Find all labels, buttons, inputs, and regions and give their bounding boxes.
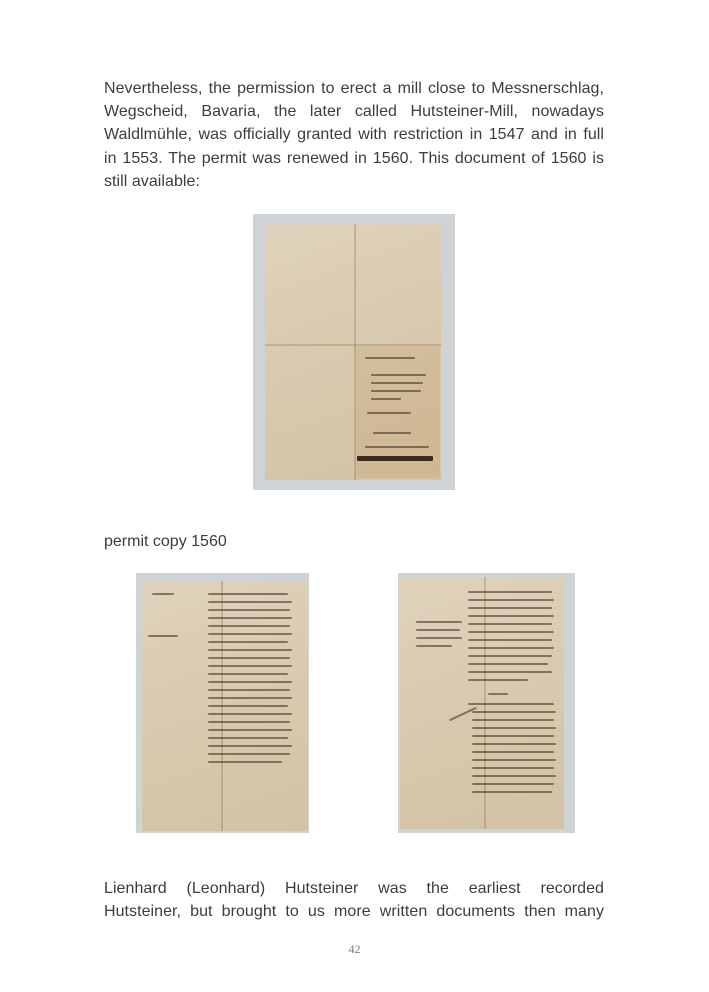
permit-document-photo — [253, 214, 455, 490]
permit-copy-right-photo — [398, 573, 575, 833]
text-line: still available: — [104, 170, 604, 193]
text-line: Wegscheid, Bavaria, the later called Hut… — [104, 100, 604, 123]
page-number: 42 — [0, 942, 709, 957]
text-line: Waldlmühle, was officially granted with … — [104, 123, 604, 146]
image-caption: permit copy 1560 — [104, 533, 227, 551]
text-line: in 1553. The permit was renewed in 1560.… — [104, 147, 604, 170]
text-line: Nevertheless, the permission to erect a … — [104, 77, 604, 100]
permit-copy-left-photo — [136, 573, 309, 833]
paragraph-mill-permission: Nevertheless, the permission to erect a … — [104, 77, 604, 193]
text-line: Hutsteiner, but brought to us more writt… — [104, 900, 604, 923]
text-line: Lienhard (Leonhard) Hutsteiner was the e… — [104, 877, 604, 900]
paragraph-lienhard: Lienhard (Leonhard) Hutsteiner was the e… — [104, 877, 604, 923]
